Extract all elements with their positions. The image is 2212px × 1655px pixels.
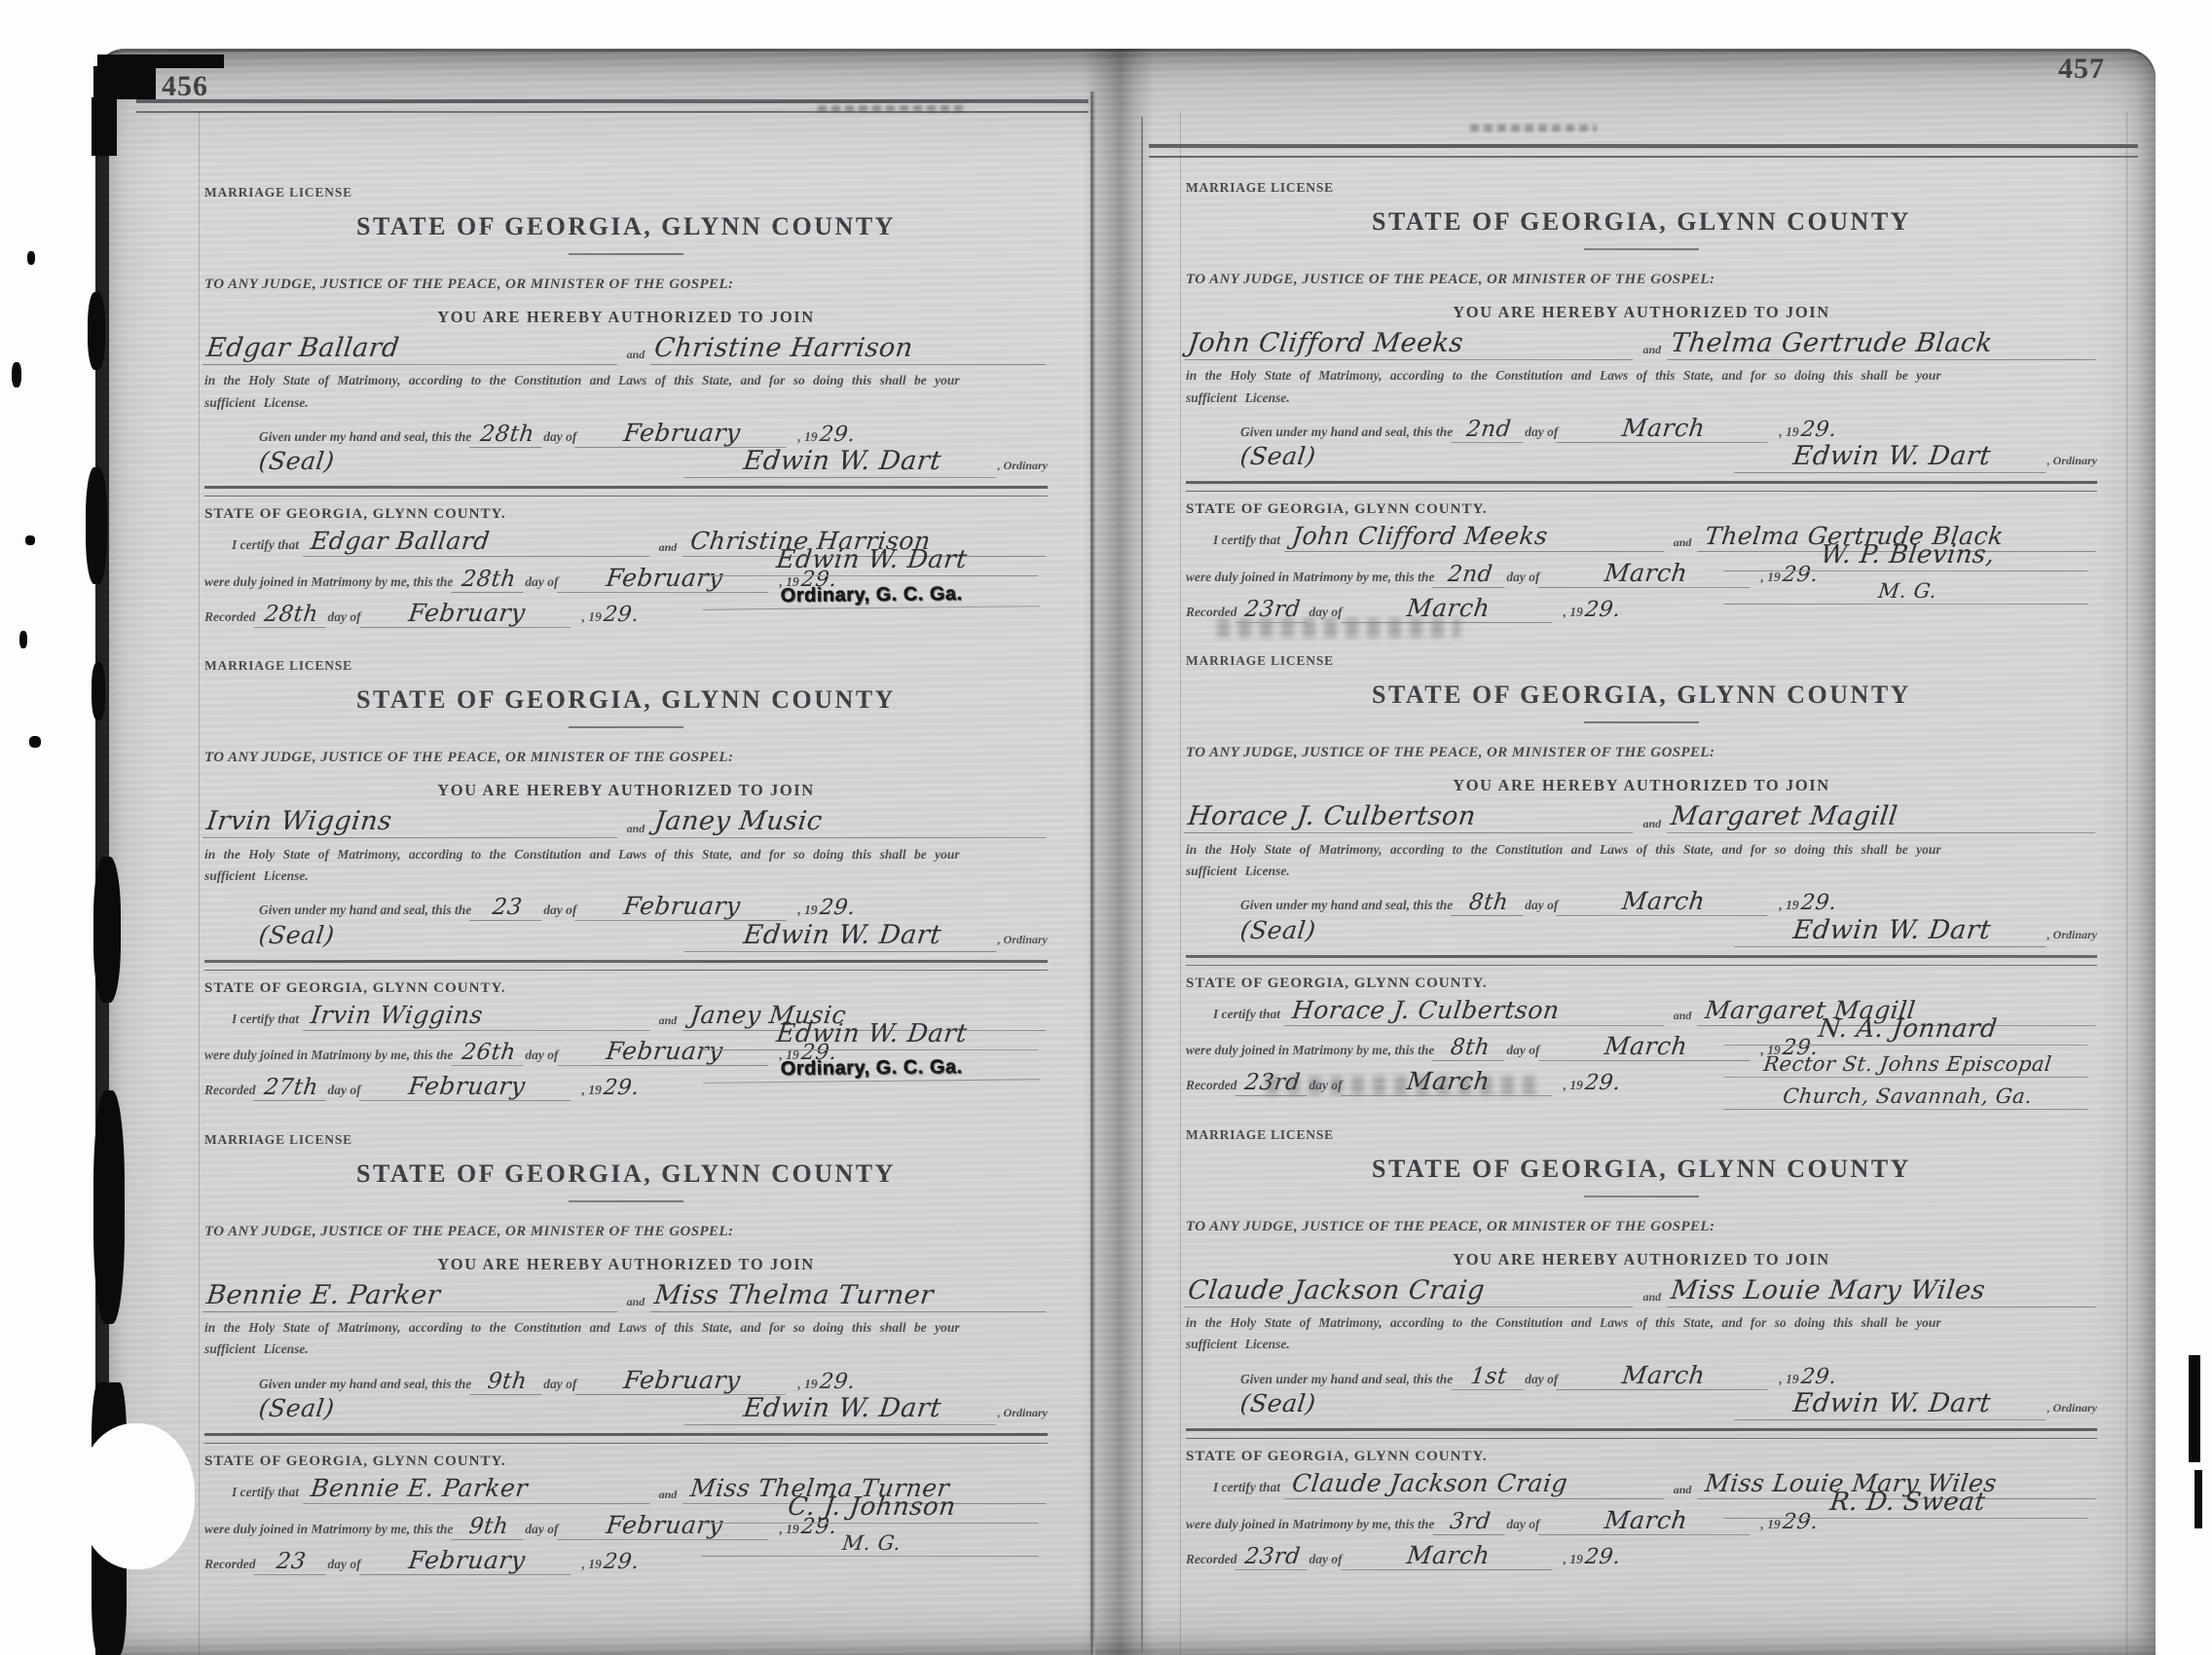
- officiant-title-2: Church, Savannah, Ga.: [1723, 1085, 2090, 1110]
- day-of-label: day of: [327, 1557, 360, 1572]
- recorded-year: 29.: [1583, 1546, 1621, 1568]
- matrimony-clause: in the Holy State of Matrimony, accordin…: [1186, 1313, 2097, 1333]
- authorization-line: YOU ARE HEREBY AUTHORIZED TO JOIN: [1186, 303, 2097, 322]
- printed-year-prefix: , 19: [797, 1377, 817, 1392]
- recorded-day: 28th: [254, 603, 329, 628]
- recorded-month: February: [359, 1548, 573, 1575]
- bride-name: Miss Louie Mary Wiles: [1667, 1277, 2099, 1307]
- certify-label: I certify that: [1213, 1007, 1280, 1022]
- register-book-scan: 456 MARRIAGE LICENSE STATE OF GEORGIA, G…: [95, 49, 2156, 1655]
- printed-year-prefix: , 19: [1779, 1372, 1798, 1387]
- officiant-signature: Edwin W. Dart: [701, 1021, 1042, 1050]
- recorded-month: February: [359, 601, 573, 628]
- right-page-records: MARRIAGE LICENSE STATE OF GEORGIA, GLYNN…: [1186, 180, 2097, 1600]
- authorization-line: YOU ARE HEREBY AUTHORIZED TO JOIN: [204, 781, 1048, 800]
- seal-note: (Seal): [257, 1396, 336, 1421]
- marriage-license-record: MARRIAGE LICENSE STATE OF GEORGIA, GLYNN…: [1186, 653, 2097, 1113]
- license-year: 29.: [818, 423, 856, 446]
- page-left-456: 456 MARRIAGE LICENSE STATE OF GEORGIA, G…: [136, 49, 1088, 1655]
- ordinary-signature-block: Edwin W. Dart , Ordinary: [686, 922, 1048, 952]
- ordinary-title-label: , Ordinary: [2047, 454, 2097, 468]
- joined-clause-label: were duly joined in Matrimony by me, thi…: [204, 1048, 453, 1063]
- day-of-label: day of: [1525, 424, 1558, 440]
- license-year: 29.: [1799, 1366, 1837, 1388]
- ordinary-signature-block: Edwin W. Dart , Ordinary: [1736, 1390, 2097, 1420]
- certification-section: STATE OF GEORGIA, GLYNN COUNTY. I certif…: [204, 506, 1048, 644]
- salutation-line: TO ANY JUDGE, JUSTICE OF THE PEACE, OR M…: [1186, 1219, 2097, 1235]
- ordinary-title-label: , Ordinary: [998, 1406, 1048, 1420]
- record-heading: STATE OF GEORGIA, GLYNN COUNTY: [1186, 207, 2097, 237]
- groom-name: Bennie E. Parker: [203, 1282, 620, 1312]
- groom-name: John Clifford Meeks: [1184, 330, 1637, 360]
- form-edge-line: [199, 111, 200, 1655]
- section-divider-rule: [1186, 1428, 2097, 1439]
- sufficient-license-clause: sufficient License.: [204, 1340, 1048, 1359]
- heading-underline: [569, 1200, 683, 1202]
- ordinary-signature: Edwin W. Dart: [1734, 443, 2049, 473]
- recorded-year: 29.: [1583, 1072, 1621, 1094]
- ordinary-signature: Edwin W. Dart: [1734, 1390, 2049, 1420]
- certification-heading: STATE OF GEORGIA, GLYNN COUNTY.: [1186, 975, 2097, 992]
- printed-year-prefix: , 19: [582, 1083, 602, 1098]
- certification-heading: STATE OF GEORGIA, GLYNN COUNTY.: [204, 980, 1048, 997]
- scan-white-patch: [78, 1423, 195, 1569]
- given-under-label: Given under my hand and seal, this the: [259, 902, 471, 918]
- certified-groom-name: Irvin Wiggins: [303, 1003, 652, 1031]
- authorization-line: YOU ARE HEREBY AUTHORIZED TO JOIN: [1186, 776, 2097, 795]
- section-divider-rule: [204, 486, 1048, 496]
- heading-underline: [569, 253, 683, 255]
- certification-heading: STATE OF GEORGIA, GLYNN COUNTY.: [204, 1453, 1048, 1470]
- marriage-license-label: MARRIAGE LICENSE: [204, 1132, 1048, 1148]
- matrimony-clause: in the Holy State of Matrimony, accordin…: [1186, 840, 2097, 860]
- groom-name: Edgar Ballard: [203, 335, 620, 365]
- heading-underline: [1584, 721, 1699, 723]
- certified-groom-name: Claude Jackson Craig: [1284, 1471, 1667, 1499]
- ordinary-signature: Edwin W. Dart: [684, 1395, 1000, 1425]
- left-page-number: 456: [162, 70, 208, 103]
- day-of-label: day of: [525, 1048, 558, 1063]
- ordinary-signature-block: Edwin W. Dart , Ordinary: [686, 1395, 1048, 1425]
- authorization-line: YOU ARE HEREBY AUTHORIZED TO JOIN: [1186, 1250, 2097, 1269]
- officiant-title: M. G.: [701, 1532, 1041, 1557]
- heading-underline: [1584, 248, 1699, 250]
- license-month: March: [1557, 889, 1771, 916]
- license-names-line: Irvin Wiggins and Janey Music: [204, 808, 1048, 838]
- issue-date-line: Given under my hand and seal, this the 9…: [204, 1368, 1048, 1395]
- marriage-license-label: MARRIAGE LICENSE: [204, 658, 1048, 674]
- certification-section: STATE OF GEORGIA, GLYNN COUNTY. I certif…: [1186, 975, 2097, 1114]
- day-of-label: day of: [1506, 570, 1539, 585]
- section-divider-rule: [204, 960, 1048, 971]
- marriage-license-record: MARRIAGE LICENSE STATE OF GEORGIA, GLYNN…: [204, 185, 1048, 644]
- officiant-signature: W. P. Blevins,: [1723, 542, 2091, 571]
- and-label: and: [627, 822, 645, 839]
- marriage-license-record: MARRIAGE LICENSE STATE OF GEORGIA, GLYNN…: [204, 1132, 1048, 1592]
- and-label: and: [627, 348, 645, 365]
- recorded-label: Recorded: [1186, 1078, 1236, 1093]
- issue-date-line: Given under my hand and seal, this the 2…: [204, 421, 1048, 448]
- sufficient-license-clause: sufficient License.: [204, 393, 1048, 413]
- bride-name: Miss Thelma Turner: [650, 1282, 1050, 1312]
- seal-signature-row: (Seal) Edwin W. Dart , Ordinary: [1186, 1390, 2097, 1420]
- given-under-label: Given under my hand and seal, this the: [1240, 1372, 1453, 1387]
- recorded-label: Recorded: [204, 1083, 255, 1098]
- license-month: March: [1557, 416, 1771, 443]
- issue-date-line: Given under my hand and seal, this the 2…: [204, 894, 1048, 921]
- day-of-label: day of: [1506, 1043, 1539, 1058]
- certification-section: STATE OF GEORGIA, GLYNN COUNTY. I certif…: [1186, 1449, 2097, 1587]
- officiant-signature-block: W. P. Blevins, M. G.: [1725, 534, 2089, 604]
- printed-year-prefix: , 19: [1779, 898, 1798, 913]
- and-label: and: [659, 1013, 678, 1031]
- recorded-day: 23rd: [1235, 598, 1310, 623]
- day-of-label: day of: [525, 574, 558, 590]
- marriage-license-label: MARRIAGE LICENSE: [1186, 653, 2097, 669]
- certify-label: I certify that: [232, 1011, 299, 1027]
- given-under-label: Given under my hand and seal, this the: [259, 1377, 471, 1392]
- officiant-signature-block: Edwin W. Dart Ordinary, G. C. Ga.: [703, 1013, 1040, 1082]
- recorded-label: Recorded: [1186, 1552, 1236, 1567]
- marriage-day: 8th: [1433, 1036, 1508, 1061]
- authorization-line: YOU ARE HEREBY AUTHORIZED TO JOIN: [204, 308, 1048, 327]
- groom-name: Claude Jackson Craig: [1184, 1277, 1637, 1307]
- recorded-year: 29.: [602, 1551, 640, 1573]
- scan-artifact: [93, 857, 121, 1003]
- salutation-line: TO ANY JUDGE, JUSTICE OF THE PEACE, OR M…: [204, 1224, 1048, 1240]
- scan-artifact: [2194, 1470, 2202, 1528]
- officiant-signature-block: C. J. Johnson M. G.: [703, 1487, 1040, 1556]
- salutation-line: TO ANY JUDGE, JUSTICE OF THE PEACE, OR M…: [1186, 272, 2097, 288]
- recorded-label: Recorded: [204, 609, 255, 625]
- certification-section: STATE OF GEORGIA, GLYNN COUNTY. I certif…: [204, 1453, 1048, 1592]
- ordinary-signature-block: Edwin W. Dart , Ordinary: [1736, 917, 2097, 947]
- license-month: February: [575, 1368, 790, 1395]
- printed-year-prefix: , 19: [797, 902, 817, 918]
- and-label: and: [1642, 343, 1661, 360]
- marriage-license-record: MARRIAGE LICENSE STATE OF GEORGIA, GLYNN…: [1186, 180, 2097, 640]
- record-heading: STATE OF GEORGIA, GLYNN COUNTY: [204, 685, 1048, 715]
- scan-artifact: [29, 736, 41, 748]
- ordinary-title-label: , Ordinary: [2047, 928, 2097, 942]
- printer-imprint-mark: [818, 105, 964, 112]
- recorded-month: March: [1341, 1069, 1555, 1096]
- day-of-label: day of: [543, 429, 576, 445]
- ordinary-title-label: , Ordinary: [998, 933, 1048, 947]
- license-names-line: Horace J. Culbertson and Margaret Magill: [1186, 803, 2097, 833]
- certify-label: I certify that: [232, 1485, 299, 1500]
- scan-artifact: [86, 467, 107, 584]
- issue-date-line: Given under my hand and seal, this the 1…: [1186, 1363, 2097, 1390]
- seal-signature-row: (Seal) Edwin W. Dart , Ordinary: [1186, 443, 2097, 473]
- certification-heading: STATE OF GEORGIA, GLYNN COUNTY.: [1186, 1449, 2097, 1465]
- certification-section: STATE OF GEORGIA, GLYNN COUNTY. I certif…: [1186, 501, 2097, 640]
- recorded-month: March: [1341, 596, 1555, 623]
- seal-note: (Seal): [1238, 1391, 1317, 1416]
- certified-groom-name: Edgar Ballard: [303, 529, 652, 557]
- printer-imprint-mark: [1470, 125, 1597, 131]
- seal-signature-row: (Seal) Edwin W. Dart , Ordinary: [204, 448, 1048, 478]
- bride-name: Janey Music: [650, 808, 1050, 838]
- officiant-signature: Edwin W. Dart: [701, 547, 1042, 576]
- license-year: 29.: [818, 897, 856, 919]
- printed-year-prefix: , 19: [1564, 1078, 1583, 1093]
- joined-clause-label: were duly joined in Matrimony by me, thi…: [1186, 1043, 1434, 1058]
- scan-artifact: [93, 1090, 125, 1324]
- marriage-day: 3rd: [1433, 1510, 1508, 1535]
- marriage-month: March: [1538, 561, 1752, 588]
- matrimony-clause: in the Holy State of Matrimony, accordin…: [204, 1318, 1048, 1338]
- license-day: 23: [470, 896, 545, 921]
- scan-artifact: [88, 292, 105, 370]
- and-label: and: [1674, 1009, 1692, 1026]
- scan-artifact: [92, 97, 117, 156]
- license-day: 28th: [470, 423, 545, 448]
- heading-underline: [569, 726, 683, 728]
- and-label: and: [1674, 535, 1692, 553]
- recorded-day: 23rd: [1235, 1545, 1310, 1570]
- seal-signature-row: (Seal) Edwin W. Dart , Ordinary: [204, 1395, 1048, 1425]
- recorded-day: 23rd: [1235, 1071, 1310, 1096]
- license-month: February: [575, 894, 790, 921]
- section-divider-rule: [1186, 481, 2097, 492]
- certify-label: I certify that: [232, 537, 299, 553]
- day-of-label: day of: [543, 902, 576, 918]
- seal-signature-row: (Seal) Edwin W. Dart , Ordinary: [1186, 917, 2097, 947]
- license-day: 2nd: [1452, 418, 1527, 443]
- scan-artifact: [92, 662, 105, 720]
- certify-label: I certify that: [1213, 533, 1280, 548]
- sufficient-license-clause: sufficient License.: [1186, 388, 2097, 408]
- certification-section: STATE OF GEORGIA, GLYNN COUNTY. I certif…: [204, 980, 1048, 1119]
- sufficient-license-clause: sufficient License.: [204, 866, 1048, 886]
- certification-heading: STATE OF GEORGIA, GLYNN COUNTY.: [1186, 501, 2097, 518]
- marriage-license-label: MARRIAGE LICENSE: [1186, 180, 2097, 196]
- section-divider-rule: [204, 1433, 1048, 1444]
- seal-note: (Seal): [1238, 918, 1317, 943]
- form-edge-line: [1180, 111, 1181, 1655]
- issue-date-line: Given under my hand and seal, this the 2…: [1186, 416, 2097, 443]
- marriage-license-record: MARRIAGE LICENSE STATE OF GEORGIA, GLYNN…: [1186, 1127, 2097, 1587]
- seal-signature-row: (Seal) Edwin W. Dart , Ordinary: [204, 922, 1048, 952]
- certified-groom-name: Horace J. Culbertson: [1284, 998, 1667, 1026]
- license-names-line: Bennie E. Parker and Miss Thelma Turner: [204, 1282, 1048, 1312]
- license-day: 9th: [470, 1370, 545, 1395]
- and-label: and: [627, 1295, 645, 1312]
- officiant-title: Ordinary, G. C. Ga.: [702, 1056, 1040, 1084]
- recorded-year: 29.: [602, 604, 640, 626]
- recorded-year: 29.: [1583, 599, 1621, 621]
- license-month: February: [575, 421, 790, 448]
- right-page-number: 457: [2058, 53, 2105, 86]
- officiant-title: Ordinary, G. C. Ga.: [702, 583, 1040, 610]
- license-names-line: Claude Jackson Craig and Miss Louie Mary…: [1186, 1277, 2097, 1307]
- and-label: and: [659, 540, 678, 558]
- marriage-day: 9th: [452, 1515, 527, 1540]
- and-label: and: [1642, 1290, 1661, 1307]
- matrimony-clause: in the Holy State of Matrimony, accordin…: [204, 371, 1048, 390]
- day-of-label: day of: [327, 1083, 360, 1098]
- seal-note: (Seal): [257, 449, 336, 474]
- bride-name: Christine Harrison: [650, 335, 1050, 365]
- marriage-day: 26th: [452, 1041, 527, 1066]
- matrimony-clause: in the Holy State of Matrimony, accordin…: [204, 845, 1048, 864]
- printed-year-prefix: , 19: [582, 609, 602, 625]
- seal-note: (Seal): [257, 923, 336, 948]
- day-of-label: day of: [1309, 1078, 1342, 1093]
- printed-year-prefix: , 19: [1564, 1552, 1583, 1567]
- printed-year-prefix: , 19: [797, 429, 817, 445]
- and-label: and: [659, 1488, 678, 1505]
- certified-groom-name: Bennie E. Parker: [303, 1476, 652, 1504]
- license-day: 1st: [1452, 1365, 1527, 1390]
- marriage-month: March: [1538, 1508, 1752, 1535]
- officiant-title: Rector St. Johns Episcopal: [1723, 1053, 2090, 1078]
- license-year: 29.: [818, 1371, 856, 1393]
- day-of-label: day of: [1309, 1552, 1342, 1567]
- license-names-line: Edgar Ballard and Christine Harrison: [204, 335, 1048, 365]
- certified-groom-name: John Clifford Meeks: [1284, 524, 1667, 552]
- scan-artifact: [27, 251, 35, 265]
- ordinary-title-label: , Ordinary: [998, 459, 1048, 473]
- day-of-label: day of: [1525, 1372, 1558, 1387]
- scan-artifact: [2189, 1355, 2200, 1462]
- and-label: and: [1642, 817, 1661, 834]
- record-heading: STATE OF GEORGIA, GLYNN COUNTY: [1186, 1155, 2097, 1184]
- joined-clause-label: were duly joined in Matrimony by me, thi…: [1186, 1517, 1434, 1532]
- printed-year-prefix: , 19: [582, 1557, 602, 1572]
- sufficient-license-clause: sufficient License.: [1186, 862, 2097, 881]
- form-edge-line: [2126, 111, 2127, 1655]
- section-divider-rule: [1186, 955, 2097, 966]
- heading-underline: [1584, 1195, 1699, 1197]
- officiant-signature: R. D. Sweat: [1723, 1489, 2091, 1519]
- officiant-signature: N. A. Jonnard: [1723, 1016, 2091, 1046]
- day-of-label: day of: [1506, 1517, 1539, 1532]
- license-day: 8th: [1452, 891, 1527, 916]
- recorded-day: 27th: [254, 1076, 329, 1101]
- record-heading: STATE OF GEORGIA, GLYNN COUNTY: [204, 212, 1048, 241]
- scan-artifact: [93, 66, 156, 99]
- license-year: 29.: [1799, 419, 1837, 441]
- scan-artifact: [25, 535, 35, 545]
- recorded-date-line: Recorded 23rd day of March , 19 29.: [1186, 1543, 2097, 1570]
- printed-year-prefix: , 19: [1779, 424, 1798, 440]
- scan-artifact: [12, 362, 21, 387]
- certification-heading: STATE OF GEORGIA, GLYNN COUNTY.: [204, 506, 1048, 523]
- given-under-label: Given under my hand and seal, this the: [1240, 898, 1453, 913]
- day-of-label: day of: [1309, 605, 1342, 620]
- license-year: 29.: [1799, 892, 1837, 914]
- left-page-records: MARRIAGE LICENSE STATE OF GEORGIA, GLYNN…: [204, 185, 1048, 1605]
- record-heading: STATE OF GEORGIA, GLYNN COUNTY: [1186, 680, 2097, 710]
- salutation-line: TO ANY JUDGE, JUSTICE OF THE PEACE, OR M…: [204, 276, 1048, 293]
- license-names-line: John Clifford Meeks and Thelma Gertrude …: [1186, 330, 2097, 360]
- seal-note: (Seal): [1238, 444, 1317, 469]
- page-top-rule: [1149, 144, 2138, 158]
- salutation-line: TO ANY JUDGE, JUSTICE OF THE PEACE, OR M…: [1186, 745, 2097, 761]
- issue-date-line: Given under my hand and seal, this the 8…: [1186, 889, 2097, 916]
- day-of-label: day of: [543, 1377, 576, 1392]
- given-under-label: Given under my hand and seal, this the: [1240, 424, 1453, 440]
- day-of-label: day of: [1525, 898, 1558, 913]
- matrimony-clause: in the Holy State of Matrimony, accordin…: [1186, 366, 2097, 386]
- officiant-signature-block: N. A. Jonnard Rector St. Johns Episcopal…: [1725, 1009, 2089, 1110]
- groom-name: Irvin Wiggins: [203, 808, 620, 838]
- recorded-month: March: [1341, 1543, 1555, 1570]
- day-of-label: day of: [327, 609, 360, 625]
- groom-name: Horace J. Culbertson: [1184, 803, 1637, 833]
- recorded-month: February: [359, 1074, 573, 1101]
- ordinary-signature: Edwin W. Dart: [1734, 917, 2049, 947]
- license-month: March: [1557, 1363, 1771, 1390]
- joined-clause-label: were duly joined in Matrimony by me, thi…: [204, 1522, 453, 1537]
- bride-name: Margaret Magill: [1667, 803, 2099, 833]
- sufficient-license-clause: sufficient License.: [1186, 1335, 2097, 1354]
- marriage-license-record: MARRIAGE LICENSE STATE OF GEORGIA, GLYNN…: [204, 658, 1048, 1118]
- certify-label: I certify that: [1213, 1480, 1280, 1495]
- and-label: and: [1674, 1483, 1692, 1500]
- ordinary-signature-block: Edwin W. Dart , Ordinary: [1736, 443, 2097, 473]
- recorded-year: 29.: [602, 1077, 640, 1099]
- joined-clause-label: were duly joined in Matrimony by me, thi…: [204, 574, 453, 590]
- marriage-license-label: MARRIAGE LICENSE: [204, 185, 1048, 201]
- officiant-signature-block: Edwin W. Dart Ordinary, G. C. Ga.: [703, 539, 1040, 607]
- recorded-label: Recorded: [204, 1557, 255, 1572]
- marriage-day: 2nd: [1433, 563, 1508, 588]
- officiant-signature-block: R. D. Sweat: [1725, 1482, 2089, 1519]
- authorization-line: YOU ARE HEREBY AUTHORIZED TO JOIN: [204, 1255, 1048, 1274]
- given-under-label: Given under my hand and seal, this the: [259, 429, 471, 445]
- printed-year-prefix: , 19: [1564, 605, 1583, 620]
- ordinary-signature: Edwin W. Dart: [684, 448, 1000, 478]
- officiant-title: M. G.: [1723, 580, 2090, 605]
- salutation-line: TO ANY JUDGE, JUSTICE OF THE PEACE, OR M…: [204, 750, 1048, 766]
- ordinary-title-label: , Ordinary: [2047, 1401, 2097, 1416]
- recorded-day: 23: [254, 1550, 329, 1575]
- book-gutter: [1083, 49, 1155, 1655]
- day-of-label: day of: [525, 1522, 558, 1537]
- officiant-signature: C. J. Johnson: [701, 1494, 1042, 1524]
- marriage-license-label: MARRIAGE LICENSE: [1186, 1127, 2097, 1143]
- marriage-month: March: [1538, 1034, 1752, 1061]
- record-heading: STATE OF GEORGIA, GLYNN COUNTY: [204, 1159, 1048, 1189]
- scan-artifact: [19, 631, 27, 648]
- ordinary-signature-block: Edwin W. Dart , Ordinary: [686, 448, 1048, 478]
- ordinary-signature: Edwin W. Dart: [684, 922, 1000, 952]
- marriage-day: 28th: [452, 568, 527, 593]
- joined-clause-label: were duly joined in Matrimony by me, thi…: [1186, 570, 1434, 585]
- page-right-457: 457 MARRIAGE LICENSE STATE OF GEORGIA, G…: [1149, 49, 2138, 1655]
- bride-name: Thelma Gertrude Black: [1667, 330, 2099, 360]
- recorded-label: Recorded: [1186, 605, 1236, 620]
